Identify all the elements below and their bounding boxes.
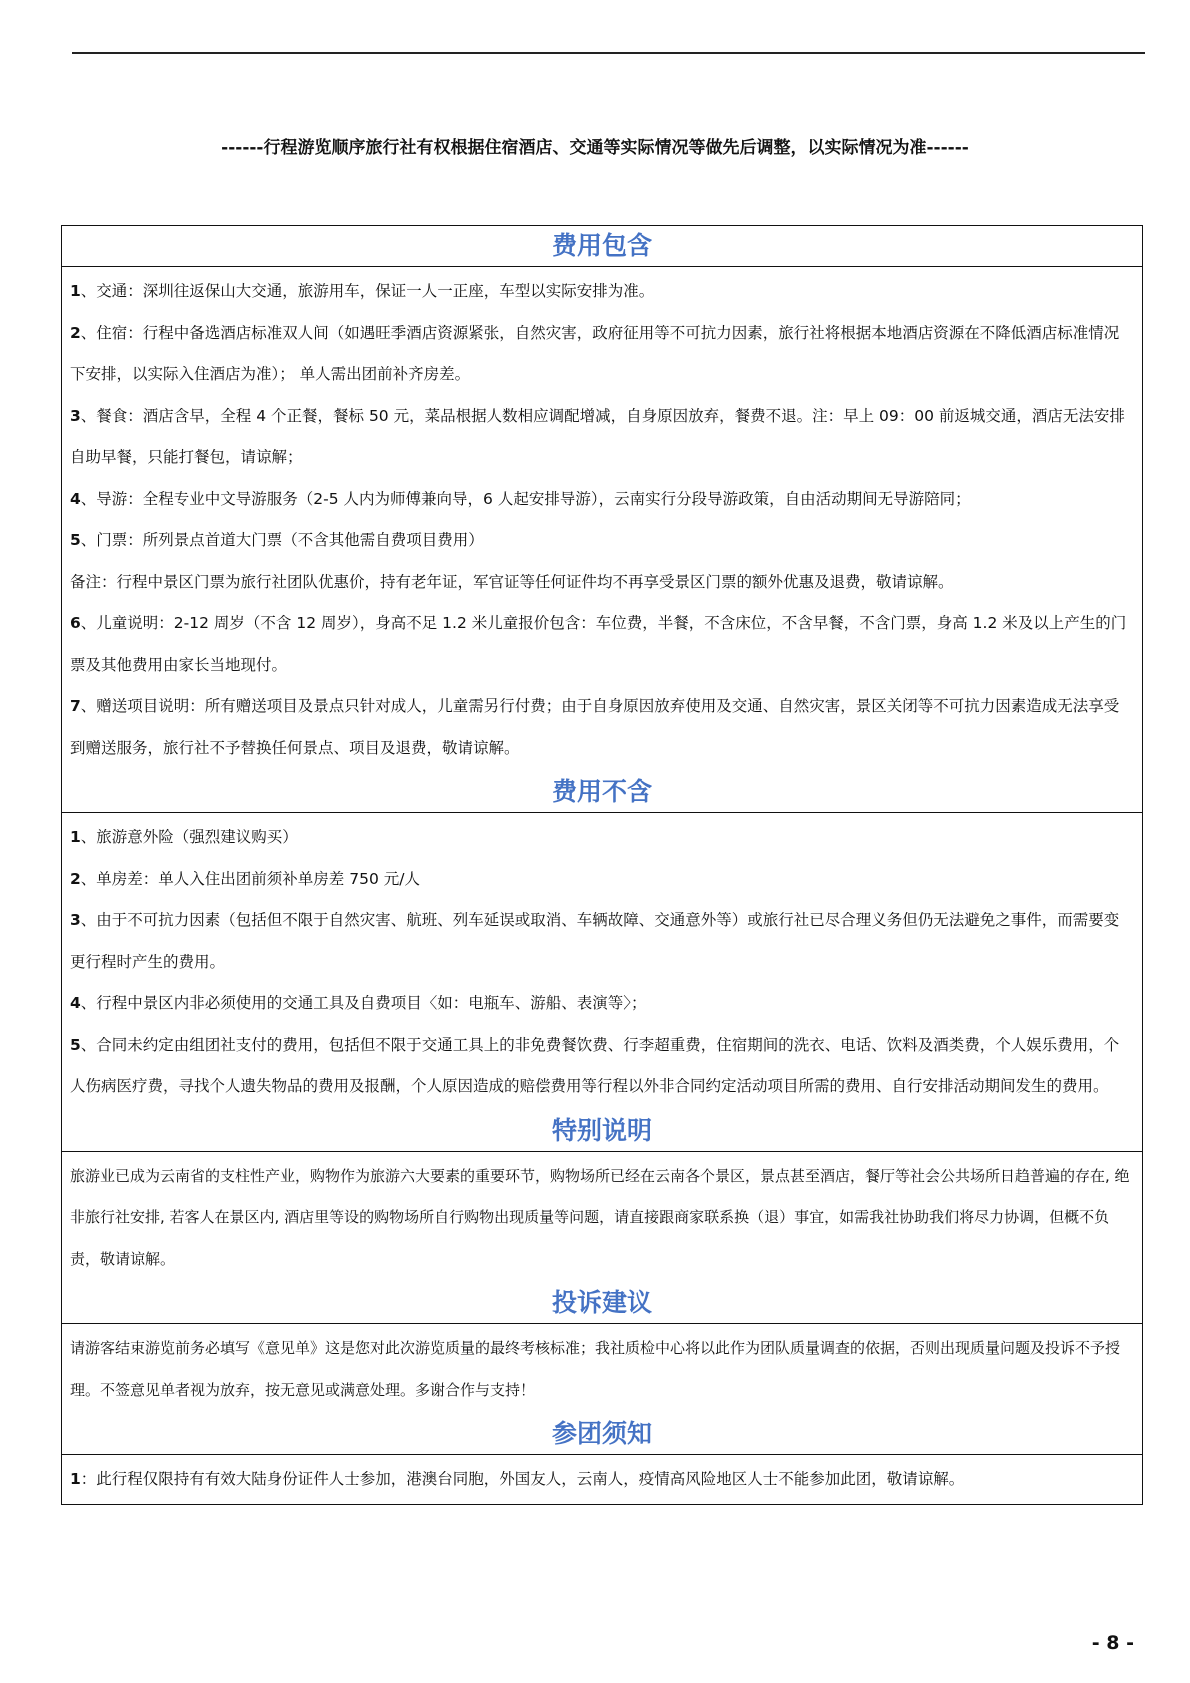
item-number: 5	[70, 1036, 81, 1054]
item-text: 、合同未约定由组团社支付的费用，包括但不限于交通工具上的非免费餐饮费、行李超重费…	[70, 1036, 1119, 1096]
item-text: 、行程中景区内非必须使用的交通工具及自费项目〈如：电瓶车、游船、表演等〉；	[81, 994, 647, 1012]
list-item: 请游客结束游览前务必填写《意见单》这是您对此次游览质量的最终考核标准；我社质检中…	[70, 1328, 1134, 1411]
item-number: 3	[70, 407, 81, 425]
item-number: 5	[70, 531, 81, 549]
list-item: 1：此行程仅限持有有效大陆身份证件人士参加，港澳台同胞，外国友人，云南人，疫情高…	[70, 1459, 1134, 1501]
item-number: 4	[70, 994, 81, 1012]
item-text: 、由于不可抗力因素（包括但不限于自然灾害、航班、列车延误或取消、车辆故障、交通意…	[70, 911, 1119, 971]
item-text: 、导游：全程专业中文导游服务（2-5 人内为师傅兼向导，6 人起安排导游），云南…	[81, 490, 971, 508]
list-item: 3、餐食：酒店含早，全程 4 个正餐，餐标 50 元，菜品根据人数相应调配增减，…	[70, 396, 1134, 479]
section-title-participation-notes: 参团须知	[62, 1414, 1143, 1455]
item-number: 1	[70, 282, 81, 300]
list-item: 4、导游：全程专业中文导游服务（2-5 人内为师傅兼向导，6 人起安排导游），云…	[70, 479, 1134, 521]
item-text: 、赠送项目说明：所有赠送项目及景点只针对成人，儿童需另行付费；由于自身原因放弃使…	[70, 697, 1119, 757]
item-text: 、交通：深圳往返保山大交通，旅游用车，保证一人一正座，车型以实际安排为准。	[81, 282, 655, 300]
header-rule	[72, 52, 1145, 54]
list-item: 4、行程中景区内非必须使用的交通工具及自费项目〈如：电瓶车、游船、表演等〉；	[70, 983, 1134, 1025]
list-item: 2、单房差：单人入住出团前须补单房差 750 元/人	[70, 859, 1134, 901]
item-text: 、餐食：酒店含早，全程 4 个正餐，餐标 50 元，菜品根据人数相应调配增减，自…	[70, 407, 1125, 467]
section-body-fees-excluded: 1、旅游意外险（强烈建议购买）2、单房差：单人入住出团前须补单房差 750 元/…	[62, 813, 1143, 1111]
item-number: 1	[70, 828, 81, 846]
list-item: 1、旅游意外险（强烈建议购买）	[70, 817, 1134, 859]
section-body-complaints: 请游客结束游览前务必填写《意见单》这是您对此次游览质量的最终考核标准；我社质检中…	[62, 1324, 1143, 1415]
section-title-complaints: 投诉建议	[62, 1283, 1143, 1324]
item-text: 、住宿：行程中备选酒店标准双人间（如遇旺季酒店资源紧张，自然灾害，政府征用等不可…	[70, 324, 1119, 384]
section-body-participation-notes: 1：此行程仅限持有有效大陆身份证件人士参加，港澳台同胞，外国友人，云南人，疫情高…	[62, 1455, 1143, 1505]
page-number: - 8 -	[1092, 1632, 1134, 1654]
item-number: 4	[70, 490, 81, 508]
item-text: 、旅游意外险（强烈建议购买）	[81, 828, 298, 846]
item-text: 备注：行程中景区门票为旅行社团队优惠价，持有老年证，军官证等任何证件均不再享受景…	[70, 573, 954, 591]
section-body-fees-included: 1、交通：深圳往返保山大交通，旅游用车，保证一人一正座，车型以实际安排为准。2、…	[62, 267, 1143, 773]
section-title-special-notes: 特别说明	[62, 1111, 1143, 1152]
list-item: 6、儿童说明：2-12 周岁（不含 12 周岁），身高不足 1.2 米儿童报价包…	[70, 603, 1134, 686]
list-item: 旅游业已成为云南省的支柱性产业，购物作为旅游六大要素的重要环节，购物场所已经在云…	[70, 1156, 1134, 1281]
item-text: ：此行程仅限持有有效大陆身份证件人士参加，港澳台同胞，外国友人，云南人，疫情高风…	[81, 1470, 965, 1488]
item-number: 7	[70, 697, 81, 715]
item-number: 3	[70, 911, 81, 929]
item-text: 旅游业已成为云南省的支柱性产业，购物作为旅游六大要素的重要环节，购物场所已经在云…	[70, 1167, 1130, 1268]
item-number: 2	[70, 870, 81, 888]
list-item: 备注：行程中景区门票为旅行社团队优惠价，持有老年证，军官证等任何证件均不再享受景…	[70, 562, 1134, 604]
list-item: 3、由于不可抗力因素（包括但不限于自然灾害、航班、列车延误或取消、车辆故障、交通…	[70, 900, 1134, 983]
item-text: 、门票：所列景点首道大门票（不含其他需自费项目费用）	[81, 531, 484, 549]
item-text: 、儿童说明：2-12 周岁（不含 12 周岁），身高不足 1.2 米儿童报价包含…	[70, 614, 1126, 674]
section-title-fees-included: 费用包含	[62, 226, 1143, 267]
itinerary-notice: ------行程游览顺序旅行社有权根据住宿酒店、交通等实际情况等做先后调整，以实…	[0, 133, 1190, 158]
list-item: 1、交通：深圳往返保山大交通，旅游用车，保证一人一正座，车型以实际安排为准。	[70, 271, 1134, 313]
list-item: 7、赠送项目说明：所有赠送项目及景点只针对成人，儿童需另行付费；由于自身原因放弃…	[70, 686, 1134, 769]
section-title-fees-excluded: 费用不含	[62, 772, 1143, 813]
list-item: 5、合同未约定由组团社支付的费用，包括但不限于交通工具上的非免费餐饮费、行李超重…	[70, 1025, 1134, 1108]
list-item: 5、门票：所列景点首道大门票（不含其他需自费项目费用）	[70, 520, 1134, 562]
section-body-special-notes: 旅游业已成为云南省的支柱性产业，购物作为旅游六大要素的重要环节，购物场所已经在云…	[62, 1151, 1143, 1283]
list-item: 2、住宿：行程中备选酒店标准双人间（如遇旺季酒店资源紧张，自然灾害，政府征用等不…	[70, 313, 1134, 396]
item-text: 、单房差：单人入住出团前须补单房差 750 元/人	[81, 870, 420, 888]
item-number: 2	[70, 324, 81, 342]
item-number: 1	[70, 1470, 81, 1488]
info-table: 费用包含1、交通：深圳往返保山大交通，旅游用车，保证一人一正座，车型以实际安排为…	[61, 225, 1143, 1505]
item-text: 请游客结束游览前务必填写《意见单》这是您对此次游览质量的最终考核标准；我社质检中…	[70, 1339, 1120, 1399]
item-number: 6	[70, 614, 81, 632]
